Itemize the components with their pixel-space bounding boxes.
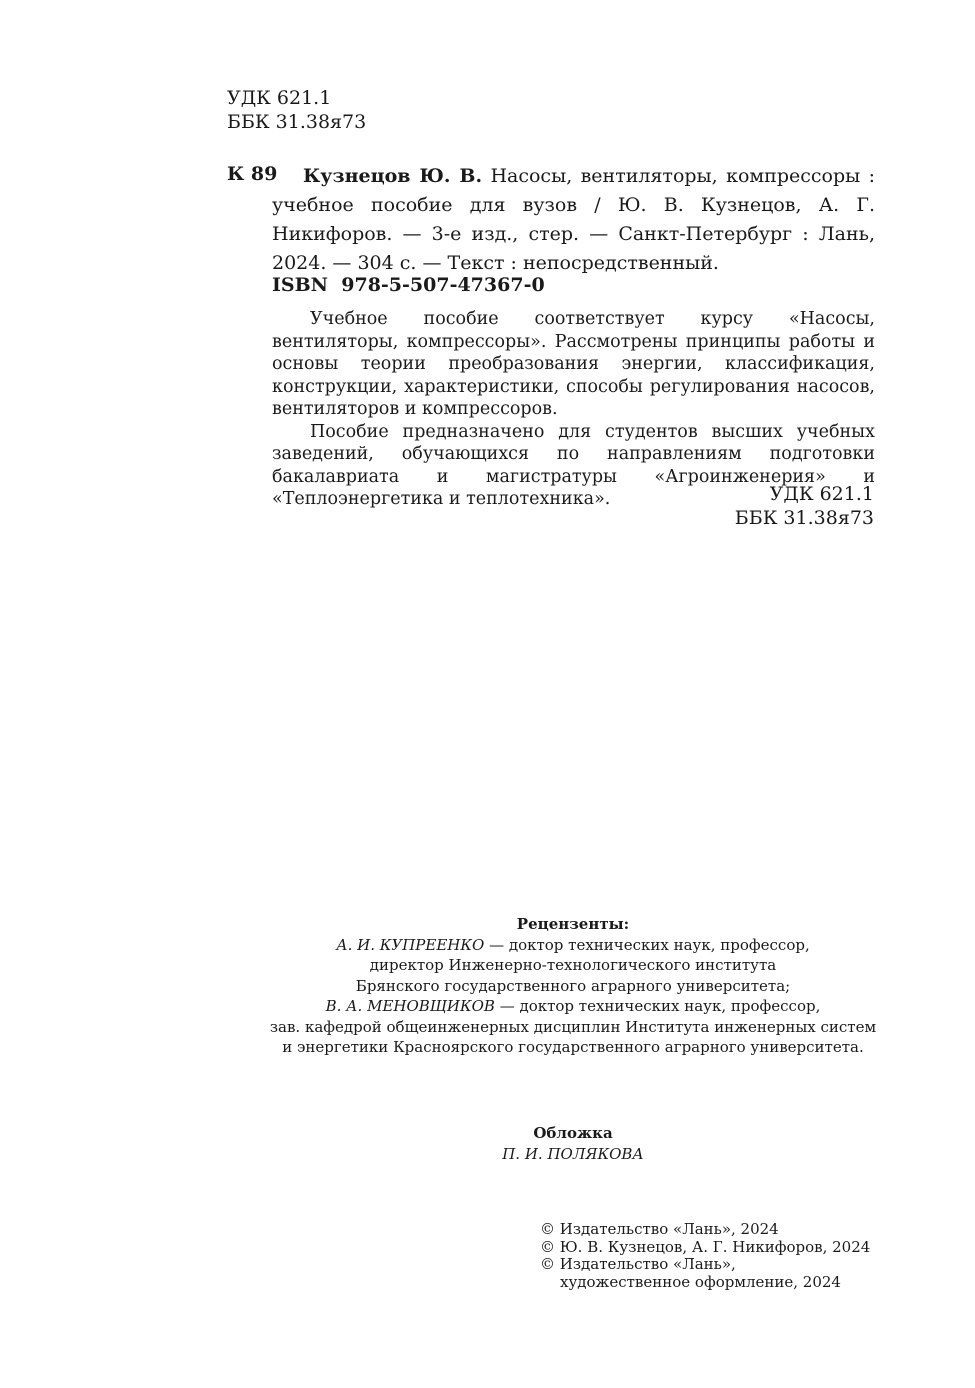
copyright-line: © Издательство «Лань», 2024 <box>540 1221 870 1239</box>
copyright-line: художественное оформление, 2024 <box>540 1274 870 1292</box>
isbn: ISBN 978-5-507-47367-0 <box>272 273 545 297</box>
reviewers-title: Рецензенты: <box>230 914 916 935</box>
copyright-line: © Ю. В. Кузнецов, А. Г. Никифоров, 2024 <box>540 1239 870 1257</box>
annotation: Учебное пособие соответствует курсу «Нас… <box>272 308 875 511</box>
classification-top: УДК 621.1 ББК 31.38я73 <box>227 86 366 134</box>
bibliographic-record: Кузнецов Ю. В. Насосы, вентиляторы, комп… <box>272 162 875 278</box>
udk-code: УДК 621.1 <box>735 482 874 506</box>
bbk-code: ББК 31.38я73 <box>735 506 874 530</box>
copyright-line: © Издательство «Лань», <box>540 1256 870 1274</box>
reviewer-position: директор Инженерно-технологического инст… <box>230 955 916 976</box>
reviewer-entry: А. И. КУПРЕЕНКО — доктор технических нау… <box>230 935 916 956</box>
cover-title: Обложка <box>490 1123 656 1144</box>
udk-code: УДК 621.1 <box>227 86 366 110</box>
reviewer-affiliation: и энергетики Красноярского государственн… <box>230 1037 916 1058</box>
record-author: Кузнецов Ю. В. <box>303 165 482 187</box>
classification-bottom: УДК 621.1 ББК 31.38я73 <box>735 482 874 530</box>
cover-designer: П. И. ПОЛЯКОВА <box>490 1144 656 1165</box>
reviewer-affiliation: Брянского государственного аграрного уни… <box>230 976 916 997</box>
reviewer-position: зав. кафедрой общеинженерных дисциплин И… <box>230 1017 916 1038</box>
reviewer-name: В. А. МЕНОВЩИКОВ <box>326 997 495 1015</box>
copyright-block: © Издательство «Лань», 2024 © Ю. В. Кузн… <box>540 1221 870 1291</box>
cover-credit: Обложка П. И. ПОЛЯКОВА <box>490 1123 656 1164</box>
annotation-paragraph: Учебное пособие соответствует курсу «Нас… <box>272 308 875 421</box>
reviewer-name: А. И. КУПРЕЕНКО <box>336 936 484 954</box>
reviewer-entry: В. А. МЕНОВЩИКОВ — доктор технических на… <box>230 996 916 1017</box>
reviewers-block: Рецензенты: А. И. КУПРЕЕНКО — доктор тех… <box>230 914 916 1058</box>
author-mark: К 89 <box>227 162 277 186</box>
bbk-code: ББК 31.38я73 <box>227 110 366 134</box>
